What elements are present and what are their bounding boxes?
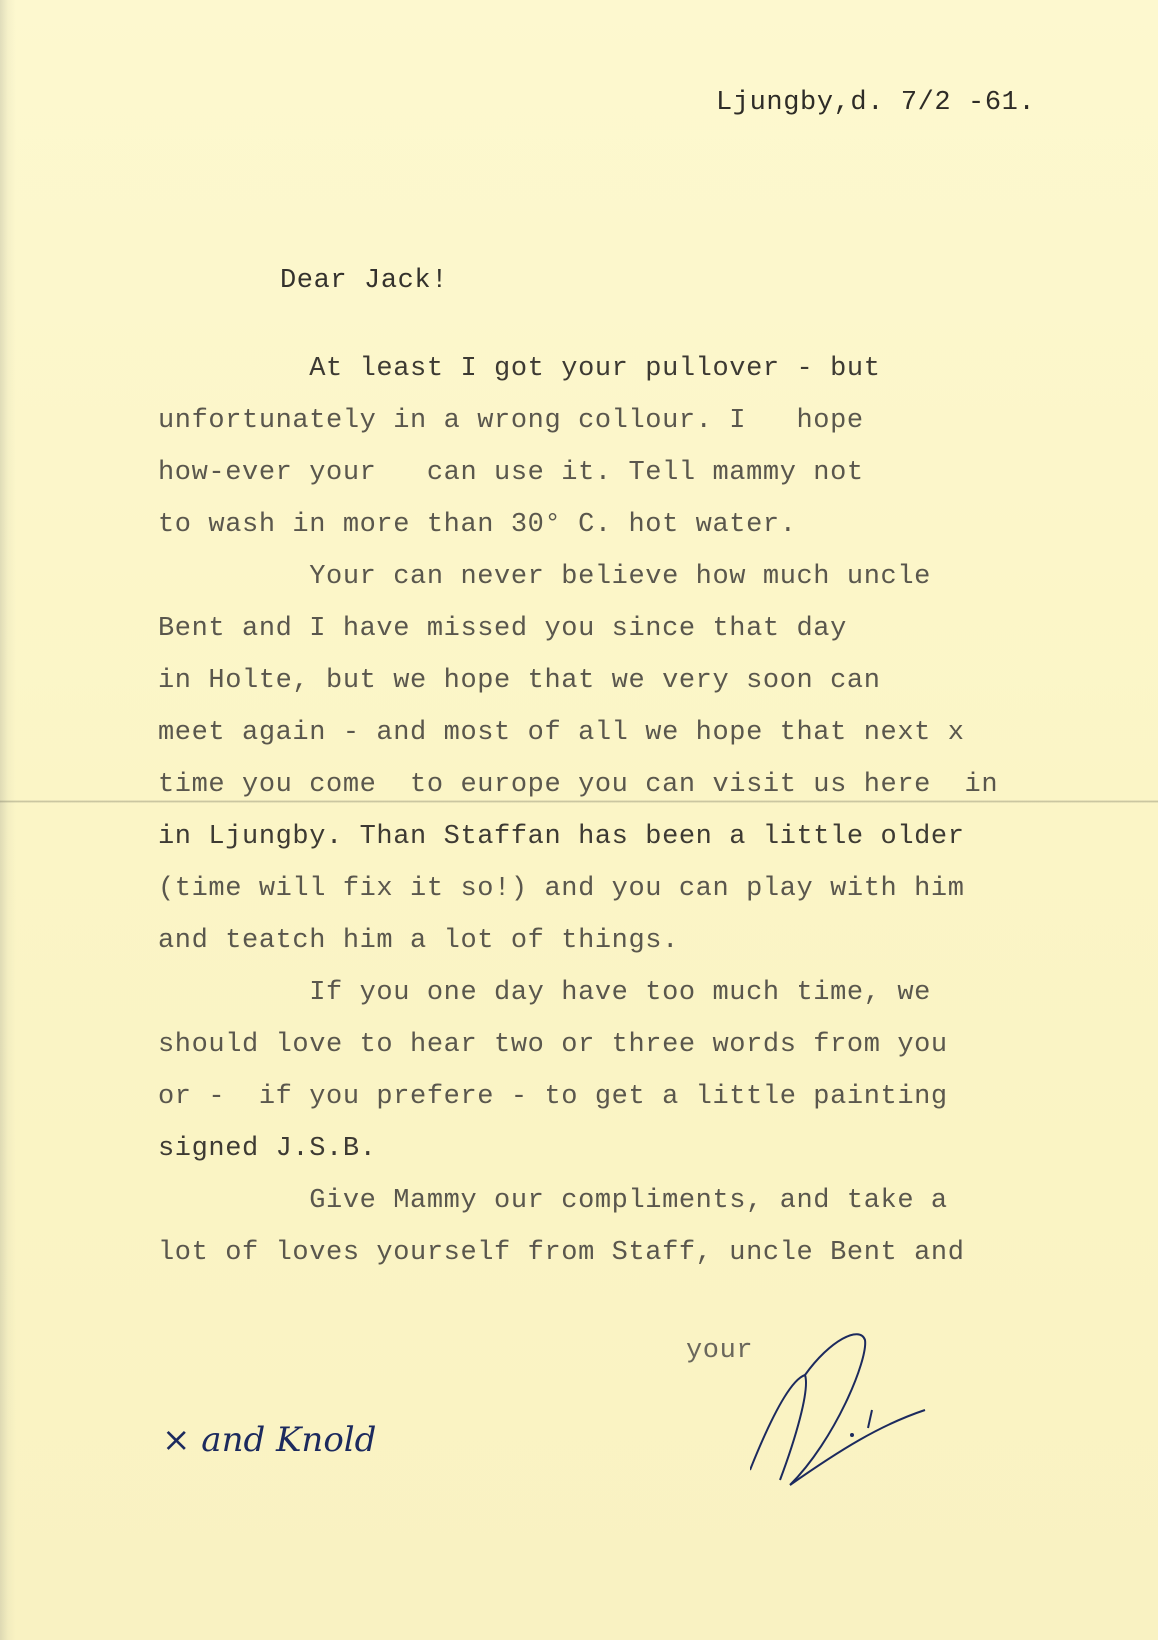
body-line: in Holte, but we hope that we very soon … bbox=[158, 668, 881, 695]
salutation: Dear Jack! bbox=[280, 268, 448, 295]
handwritten-signature bbox=[750, 1330, 980, 1490]
body-line: should love to hear two or three words f… bbox=[158, 1032, 948, 1059]
letter-page: Ljungby,d. 7/2 -61. Dear Jack! At least … bbox=[0, 0, 1158, 1640]
body-line: If you one day have too much time, we bbox=[158, 980, 931, 1007]
body-line: unfortunately in a wrong collour. I hope bbox=[158, 408, 864, 435]
body-line: or - if you prefere - to get a little pa… bbox=[158, 1084, 948, 1111]
body-line: Your can never believe how much uncle bbox=[158, 564, 931, 591]
place-date: Ljungby,d. 7/2 -61. bbox=[716, 90, 1035, 117]
body-line: to wash in more than 30° C. hot water. bbox=[158, 512, 797, 539]
paper-fold-crease bbox=[0, 800, 1158, 803]
body-line: Give Mammy our compliments, and take a bbox=[158, 1188, 948, 1215]
body-line: Bent and I have missed you since that da… bbox=[158, 616, 847, 643]
body-line: how-ever your can use it. Tell mammy not bbox=[158, 460, 864, 487]
body-line: meet again - and most of all we hope tha… bbox=[158, 720, 965, 747]
body-line: time you come to europe you can visit us… bbox=[158, 772, 998, 799]
body-line: (time will fix it so!) and you can play … bbox=[158, 876, 965, 903]
body-line: in Ljungby. Than Staffan has been a litt… bbox=[158, 824, 965, 851]
body-line: lot of loves yourself from Staff, uncle … bbox=[158, 1240, 965, 1267]
body-line: At least I got your pullover - but bbox=[158, 356, 881, 383]
handwritten-postscript: × and Knold bbox=[162, 1420, 376, 1460]
body-line: signed J.S.B. bbox=[158, 1136, 376, 1163]
body-line: and teatch him a lot of things. bbox=[158, 928, 679, 955]
closing: your bbox=[686, 1338, 753, 1365]
